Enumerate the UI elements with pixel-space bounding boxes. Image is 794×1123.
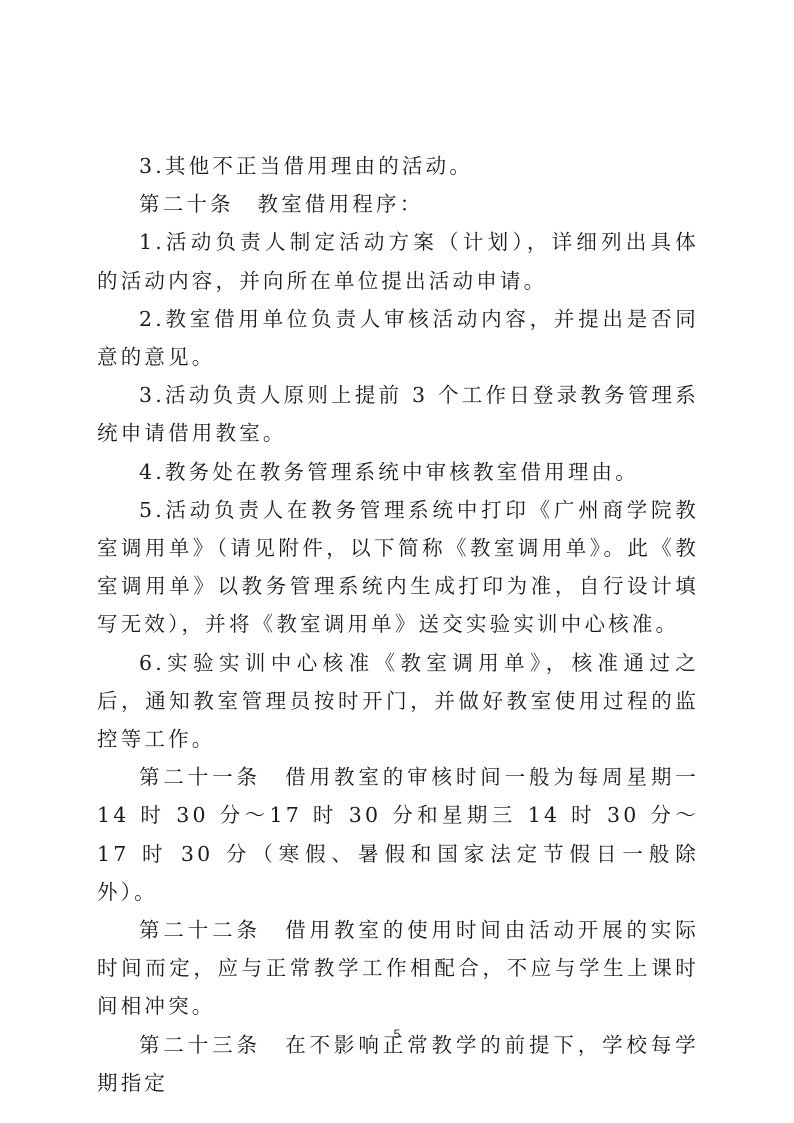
procedure-step-4: 4.教务处在教务管理系统中审核教室借用理由。 — [97, 453, 699, 491]
article-21: 第二十一条 借用教室的审核时间一般为每周星期一 14 时 30 分～17 时 3… — [97, 758, 699, 911]
procedure-step-1: 1.活动负责人制定活动方案（计划），详细列出具体的活动内容，并向所在单位提出活动… — [97, 223, 699, 299]
paragraph-item-3-other: 3.其他不正当借用理由的活动。 — [97, 147, 699, 185]
article-22: 第二十二条 借用教室的使用时间由活动开展的实际时间而定，应与正常教学工作相配合，… — [97, 911, 699, 1026]
procedure-step-2: 2.教室借用单位负责人审核活动内容，并提出是否同意的意见。 — [97, 300, 699, 376]
page-number: 5 — [0, 1027, 794, 1041]
document-body: 3.其他不正当借用理由的活动。 第二十条 教室借用程序： 1.活动负责人制定活动… — [97, 147, 699, 1102]
procedure-step-6: 6.实验实训中心核准《教室调用单》，核准通过之后，通知教室管理员按时开门，并做好… — [97, 644, 699, 759]
procedure-step-3: 3.活动负责人原则上提前 3 个工作日登录教务管理系统申请借用教室。 — [97, 376, 699, 452]
article-20-heading: 第二十条 教室借用程序： — [97, 185, 699, 223]
procedure-step-5: 5.活动负责人在教务管理系统中打印《广州商学院教室调用单》（请见附件，以下简称《… — [97, 491, 699, 644]
